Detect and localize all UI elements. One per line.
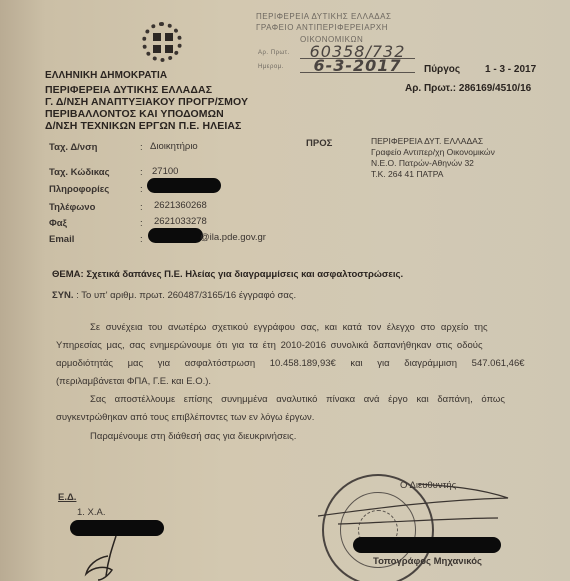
place: Πύργος bbox=[424, 64, 460, 75]
colon: : bbox=[140, 234, 143, 245]
reference-label: ΣΥΝ. bbox=[52, 290, 74, 301]
reference-line: ΣΥΝ. : Το υπ' αριθμ. πρωτ. 260487/3165/1… bbox=[52, 290, 296, 301]
stamp-line-2: ΓΡΑΦΕΙΟ ΑΝΤΙΠΕΡΙΦΕΡΕΙΑΡΧΗ bbox=[256, 23, 388, 32]
document-date: 1 - 3 - 2017 bbox=[485, 64, 536, 75]
org-line-3: ΠΕΡΙΒΑΛΛΟΝΤΟΣ ΚΑΙ ΥΠΟΔΟΜΩΝ bbox=[45, 108, 224, 120]
org-line-4: Δ/ΝΣΗ ΤΕΧΝΙΚΩΝ ΕΡΓΩΝ Π.Ε. ΗΛΕΙΑΣ bbox=[45, 120, 241, 132]
redaction-block bbox=[147, 178, 221, 193]
body-p1-line-1: Σε συνέχεια του ανωτέρω σχετικού εγγράφο… bbox=[90, 322, 488, 333]
subject-line: ΘΕΜΑ: Σχετικά δαπάνες Π.Ε. Ηλείας για δι… bbox=[52, 269, 403, 280]
recipient-line-1: ΠΕΡΙΦΕΡΕΙΑ ΔΥΤ. ΕΛΛΑΔΑΣ bbox=[371, 136, 483, 147]
postal-code-value: 27100 bbox=[152, 166, 178, 177]
redaction-block bbox=[148, 228, 203, 243]
email-label: Email bbox=[49, 234, 74, 245]
body-p2-line-1: Σας αποστέλλουμε επίσης συνημμένα αναλυτ… bbox=[90, 394, 505, 405]
fax-label: Φαξ bbox=[49, 218, 67, 229]
colon: : bbox=[140, 184, 143, 195]
republic-title: ΕΛΛΗΝΙΚΗ ΔΗΜΟΚΡΑΤΙΑ bbox=[45, 70, 167, 81]
email-value: @ila.pde.gov.gr bbox=[200, 232, 266, 243]
stamp-protocol-label: Αρ. Πρωτ. bbox=[258, 50, 290, 56]
signer-title: Ο Διευθυντής bbox=[400, 480, 456, 491]
org-line-2: Γ. Δ/ΝΣΗ ΑΝΑΠΤΥΞΙΑΚΟΥ ΠΡΟΓΡ/ΣΜΟΥ bbox=[45, 96, 248, 108]
subject-label: ΘΕΜΑ: bbox=[52, 269, 84, 280]
info-label: Πληροφορίες bbox=[49, 184, 109, 195]
distribution-item: 1. Χ.Α. bbox=[77, 507, 106, 518]
org-line-1: ΠΕΡΙΦΕΡΕΙΑ ΔΥΤΙΚΗΣ ΕΛΛΑΔΑΣ bbox=[45, 84, 212, 96]
body-p3: Παραμένουμε στη διάθεσή σας για διευκριν… bbox=[90, 431, 296, 442]
body-p1-line-2: Υπηρεσίας μας, σας ενημερώνουμε ότι για … bbox=[56, 340, 483, 351]
stamp-date-value: 6-3-2017 bbox=[300, 56, 415, 73]
redaction-block bbox=[70, 520, 164, 536]
redaction-block bbox=[353, 537, 501, 553]
signer-role: Τοπογράφος Μηχανικός bbox=[373, 556, 482, 567]
subject-text: Σχετικά δαπάνες Π.Ε. Ηλείας για διαγραμμ… bbox=[86, 269, 403, 280]
reference-text: : Το υπ' αριθμ. πρωτ. 260487/3165/16 έγγ… bbox=[76, 290, 296, 301]
colon: : bbox=[140, 167, 143, 178]
colon: : bbox=[140, 142, 143, 153]
signature-icon bbox=[78, 536, 128, 581]
colon: : bbox=[140, 202, 143, 213]
stamp-line-1: ΠΕΡΙΦΕΡΕΙΑ ΔΥΤΙΚΗΣ ΕΛΛΑΔΑΣ bbox=[256, 12, 391, 21]
body-p1-line-4: (περιλαμβάνεται ΦΠΑ, Γ.Ε. και Ε.Ο.). bbox=[56, 376, 211, 387]
body-p1-line-3: αρμοδιότητάς μας για ασφαλτόστρωση 10.45… bbox=[56, 358, 525, 369]
recipient-line-4: Τ.Κ. 264 41 ΠΑΤΡΑ bbox=[371, 169, 443, 180]
protocol-number: Αρ. Πρωτ.: 286169/4510/16 bbox=[405, 83, 531, 94]
greek-coat-of-arms-icon bbox=[142, 22, 182, 62]
fax-value: 2621033278 bbox=[154, 216, 207, 227]
address-value: Διοικητήριο bbox=[150, 141, 198, 152]
phone-value: 2621360268 bbox=[154, 200, 207, 211]
colon: : bbox=[140, 218, 143, 229]
recipient-line-3: Ν.Ε.Ο. Πατρών-Αθηνών 32 bbox=[371, 158, 474, 169]
address-label: Ταχ. Δ/νση bbox=[49, 142, 97, 153]
recipient-label: ΠΡΟΣ bbox=[306, 138, 332, 149]
body-p2-line-2: συγκεντρώθηκαν από τους επιβλέποντες των… bbox=[56, 412, 314, 423]
distribution-label: Ε.Δ. bbox=[58, 492, 76, 503]
stamp-date-label: Ημερομ. bbox=[258, 64, 284, 70]
phone-label: Τηλέφωνο bbox=[49, 202, 95, 213]
postal-code-label: Ταχ. Κώδικας bbox=[49, 167, 110, 178]
recipient-line-2: Γραφείο Αντιπερ/χη Οικονομικών bbox=[371, 147, 495, 158]
